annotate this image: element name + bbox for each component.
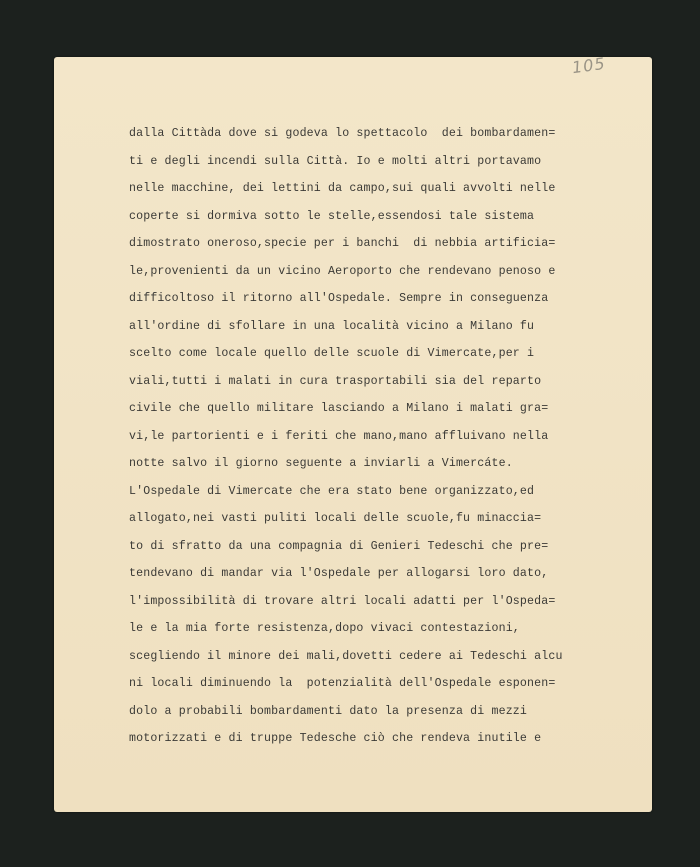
typed-text-body: dalla Cittàda dove si godeva lo spettaco… xyxy=(129,120,559,753)
text-line: allogato,nei vasti puliti locali delle s… xyxy=(129,505,559,533)
text-line: all'ordine di sfollare in una località v… xyxy=(129,313,559,341)
text-line: notte salvo il giorno seguente a inviarl… xyxy=(129,450,559,478)
text-line: coperte si dormiva sotto le stelle,essen… xyxy=(129,203,559,231)
text-line: le e la mia forte resistenza,dopo vivaci… xyxy=(129,615,559,643)
text-line: scelto come locale quello delle scuole d… xyxy=(129,340,559,368)
text-line: motorizzati e di truppe Tedesche ciò che… xyxy=(129,725,559,753)
text-line: tendevano di mandar via l'Ospedale per a… xyxy=(129,560,559,588)
text-line: dimostrato oneroso,specie per i banchi d… xyxy=(129,230,559,258)
text-line: vi,le partorienti e i feriti che mano,ma… xyxy=(129,423,559,451)
text-line: ni locali diminuendo la potenzialità del… xyxy=(129,670,559,698)
text-line: to di sfratto da una compagnia di Genier… xyxy=(129,533,559,561)
text-line: dolo a probabili bombardamenti dato la p… xyxy=(129,698,559,726)
text-line: difficoltoso il ritorno all'Ospedale. Se… xyxy=(129,285,559,313)
text-line: le,provenienti da un vicino Aeroporto ch… xyxy=(129,258,559,286)
text-line: scegliendo il minore dei mali,dovetti ce… xyxy=(129,643,559,671)
text-line: l'impossibilità di trovare altri locali … xyxy=(129,588,559,616)
text-line: dalla Cittàda dove si godeva lo spettaco… xyxy=(129,120,559,148)
text-line: ti e degli incendi sulla Città. Io e mol… xyxy=(129,148,559,176)
text-line: L'Ospedale di Vimercate che era stato be… xyxy=(129,478,559,506)
text-line: nelle macchine, dei lettini da campo,sui… xyxy=(129,175,559,203)
text-line: civile che quello militare lasciando a M… xyxy=(129,395,559,423)
text-line: viali,tutti i malati in cura trasportabi… xyxy=(129,368,559,396)
